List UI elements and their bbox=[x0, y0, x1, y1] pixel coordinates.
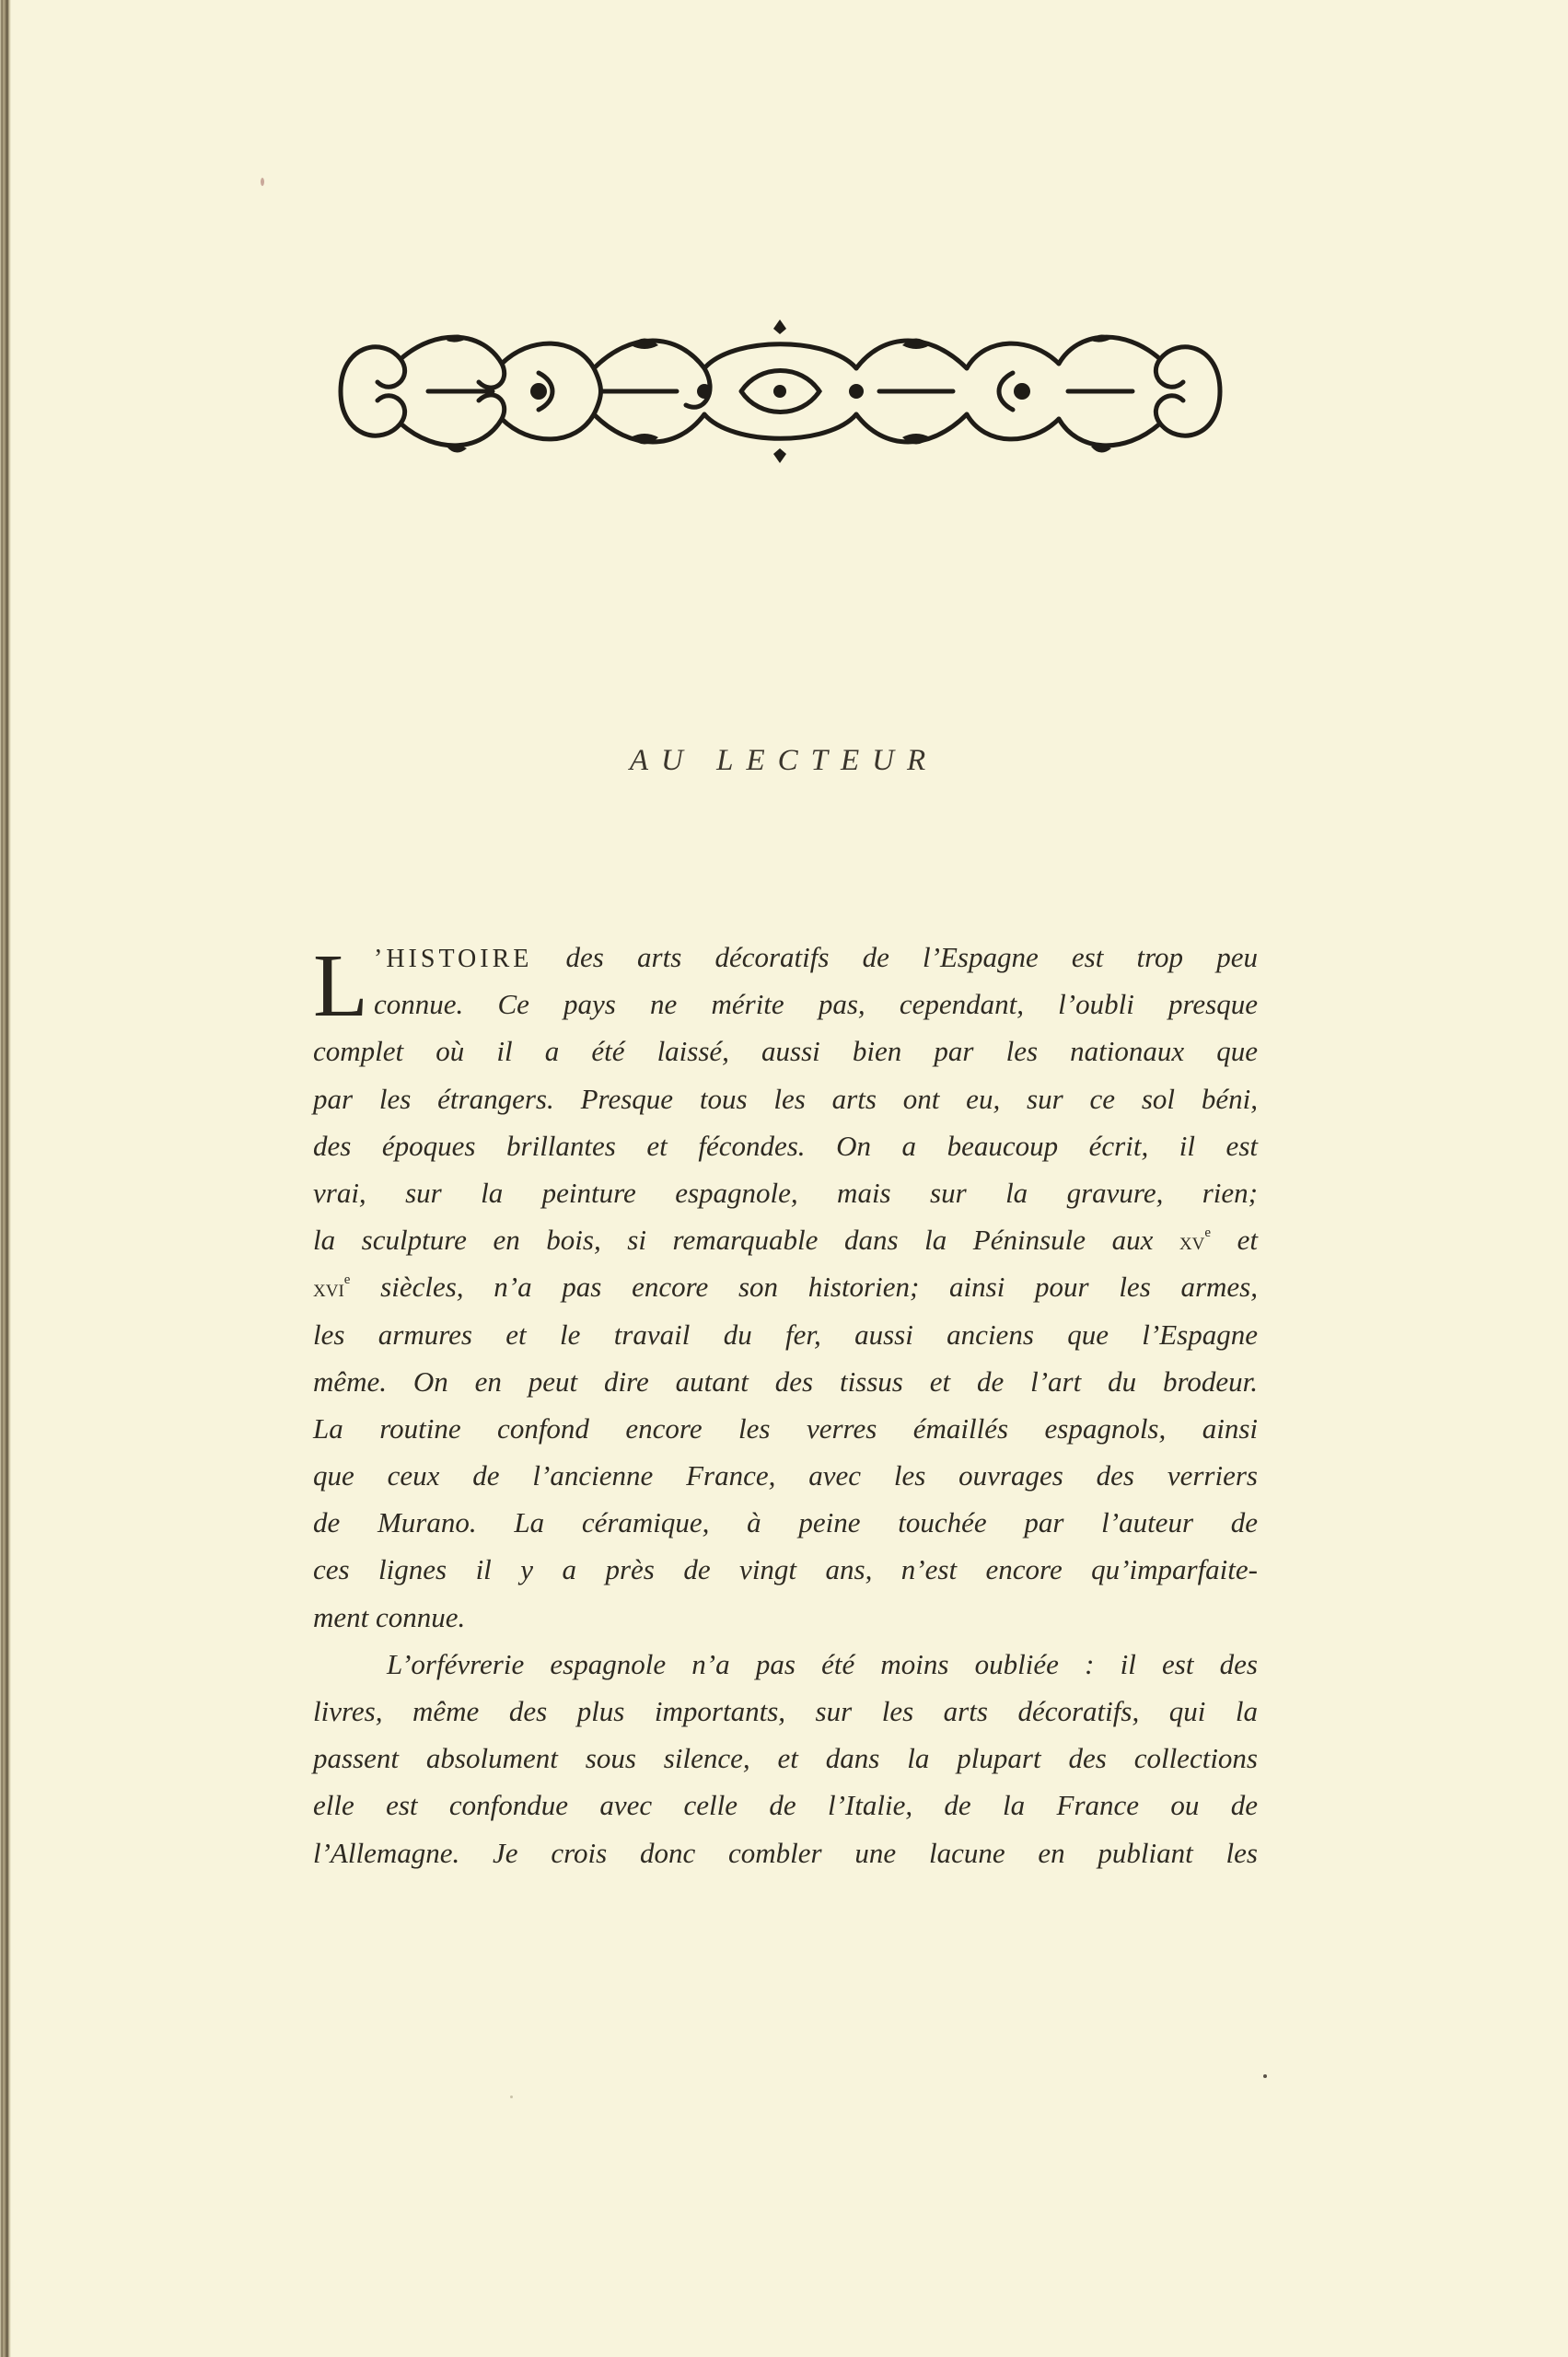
decorative-headpiece-ornament bbox=[327, 318, 1234, 465]
text-line: L’orfévrerie espagnole n’a pas été moins… bbox=[313, 1641, 1258, 1688]
paper-speck bbox=[1263, 2074, 1267, 2078]
text-line: des époques brillantes et fécondes. On a… bbox=[313, 1122, 1258, 1169]
century-numeral: xvi bbox=[313, 1274, 344, 1302]
line-text: siècles, n’a pas encore son historien; a… bbox=[350, 1271, 1258, 1303]
text-line: vrai, sur la peinture espagnole, mais su… bbox=[313, 1169, 1258, 1216]
text-line: que ceux de l’ancienne France, avec les … bbox=[313, 1452, 1258, 1499]
floral-scroll-icon bbox=[327, 318, 1234, 465]
paper-speck bbox=[510, 2096, 513, 2098]
smallcaps-lead-word: ’HISTOIRE bbox=[374, 945, 532, 973]
text-line: connue. Ce pays ne mérite pas, cependant… bbox=[313, 981, 1258, 1028]
text-line: livres, même des plus importants, sur le… bbox=[313, 1688, 1258, 1735]
text-line: La routine confond encore les verres éma… bbox=[313, 1405, 1258, 1452]
preface-body: ’HISTOIRE des arts décoratifs de l’Espag… bbox=[313, 934, 1258, 1876]
century-numeral: xv bbox=[1179, 1227, 1204, 1255]
page-title: AU LECTEUR bbox=[0, 744, 1568, 778]
text-line: les armures et le travail du fer, aussi … bbox=[313, 1311, 1258, 1358]
text-line: par les étrangers. Presque tous les arts… bbox=[313, 1075, 1258, 1122]
line-text: et bbox=[1211, 1224, 1258, 1256]
text-line: complet où il a été laissé, aussi bien p… bbox=[313, 1028, 1258, 1074]
text-line: de Murano. La céramique, à peine touchée… bbox=[313, 1499, 1258, 1546]
text-line: elle est confondue avec celle de l’Itali… bbox=[313, 1782, 1258, 1829]
text-line: ment connue. bbox=[313, 1594, 1258, 1641]
text-line: passent absolument sous silence, et dans… bbox=[313, 1735, 1258, 1782]
line-text: des arts décoratifs de l’Espagne est tro… bbox=[532, 941, 1258, 973]
text-line: l’Allemagne. Je crois donc combler une l… bbox=[313, 1829, 1258, 1876]
text-line: ces lignes il y a près de vingt ans, n’e… bbox=[313, 1546, 1258, 1593]
line-text: la sculpture en bois, si remarquable dan… bbox=[313, 1224, 1179, 1256]
text-line: la sculpture en bois, si remarquable dan… bbox=[313, 1216, 1258, 1263]
book-page-edge bbox=[0, 0, 11, 2357]
text-line: xvie siècles, n’a pas encore son histori… bbox=[313, 1263, 1258, 1310]
text-line: ’HISTOIRE des arts décoratifs de l’Espag… bbox=[313, 934, 1258, 981]
paper-speck bbox=[261, 178, 264, 186]
text-line: même. On en peut dire autant des tissus … bbox=[313, 1358, 1258, 1405]
